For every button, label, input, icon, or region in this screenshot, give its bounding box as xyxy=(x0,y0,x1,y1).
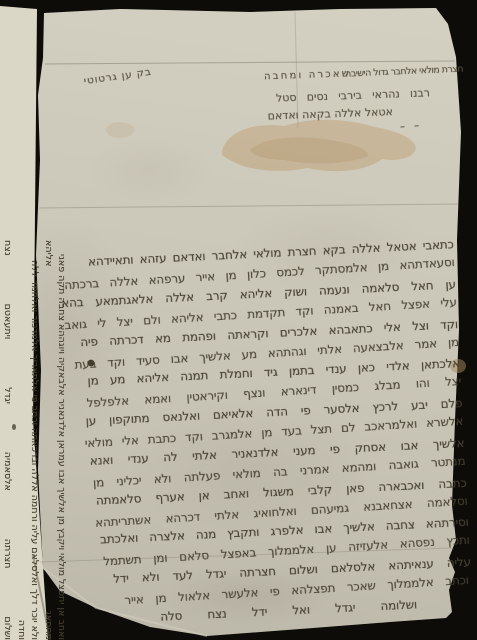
faint-stain xyxy=(106,122,134,138)
letter-body: כתאבי אטאל אללה בקא חצרת מולאי אלחבר ואד… xyxy=(53,233,477,640)
margin-notes: ואחב אן יתפצל מולאי ויקבץ מן אלשיך אבו ע… xyxy=(28,240,68,640)
margin-line: ואחב אן יתפצל מולאי ויקבץ מן אלשיך אבו ע… xyxy=(41,240,68,640)
margin-line: ושלום חצרתה אלסאמיה יגדל ויתעאטם נצח xyxy=(1,240,14,640)
address-flourish: – – xyxy=(400,120,423,133)
manuscript-photo: חצרת מולאי אלחבר גדול הישיבה שאכרה ומחבה… xyxy=(0,0,477,640)
margin-line: ולא יוכר דלך ואלסלאם עליה ורחמה אללה ובר… xyxy=(14,240,41,640)
